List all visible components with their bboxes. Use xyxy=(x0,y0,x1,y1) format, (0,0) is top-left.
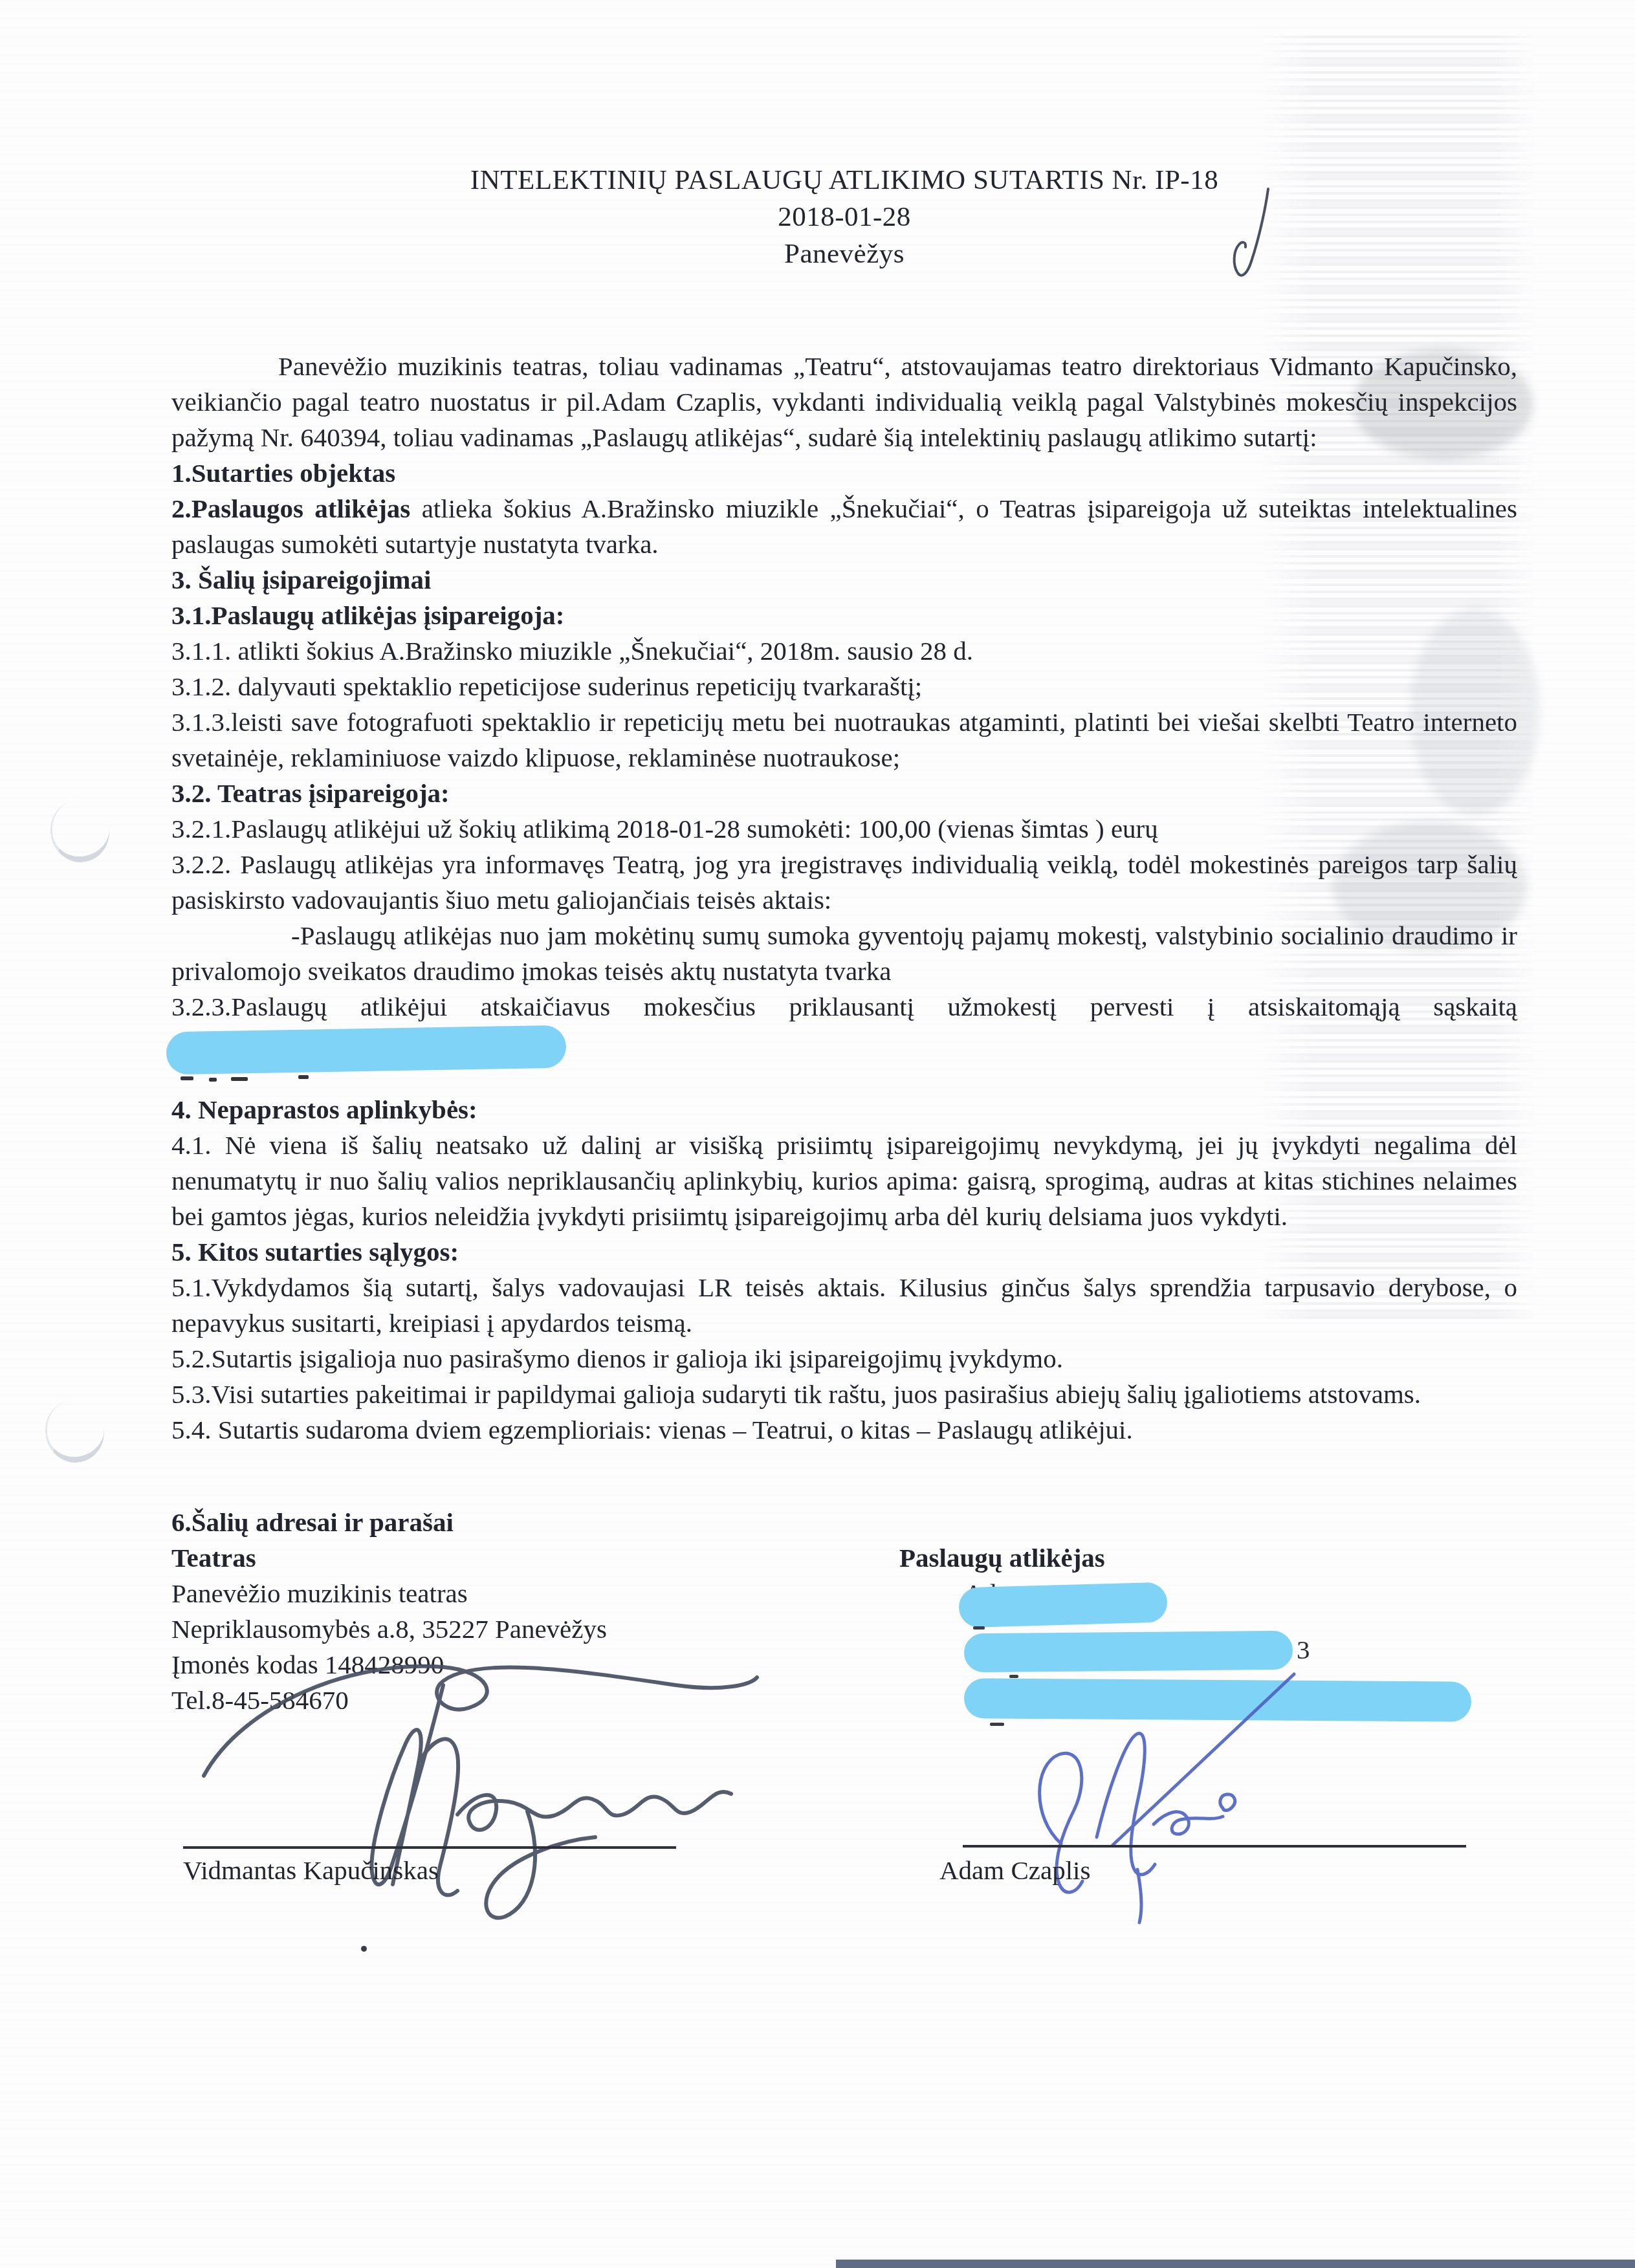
signature-line-performer xyxy=(963,1845,1466,1848)
theatre-name: Panevėžio muzikinis teatras xyxy=(171,1576,899,1611)
contract-paragraph: 1.Sutarties objektas xyxy=(171,455,1517,491)
contract-paragraph: 3.2.1.Paslaugų atlikėjui už šokių atliki… xyxy=(171,811,1517,847)
redacted-text-fragment xyxy=(231,1077,248,1081)
redacted-text-fragment xyxy=(298,1075,309,1079)
contract-title: INTELEKTINIŲ PASLAUGŲ ATLIKIMO SUTARTIS … xyxy=(171,162,1517,199)
contract-paragraph: 3.2. Teatras įsipareigoja: xyxy=(171,776,1517,811)
redacted-account-line xyxy=(171,1027,1517,1092)
contract-paragraph: 3.1.Paslaugų atlikėjas įsipareigoja: xyxy=(171,598,1517,633)
contract-paragraph: -Paslaugų atlikėjas nuo jam mokėtinų sum… xyxy=(171,918,1517,989)
scanned-contract-page: INTELEKTINIŲ PASLAUGŲ ATLIKIMO SUTARTIS … xyxy=(0,0,1635,2268)
redaction-highlight-bar xyxy=(958,1582,1168,1628)
contract-title-block: INTELEKTINIŲ PASLAUGŲ ATLIKIMO SUTARTIS … xyxy=(171,162,1517,272)
scan-edge-strip xyxy=(836,2260,1635,2268)
contract-paragraph: 5.3.Visi sutarties pakeitimai ir papildy… xyxy=(171,1377,1517,1412)
ink-dot xyxy=(361,1946,367,1952)
punch-hole-mark xyxy=(45,795,114,867)
contract-body: Panevėžio muzikinis teatras, toliau vadi… xyxy=(171,349,1517,1448)
signature-performer xyxy=(1000,1656,1368,1928)
theatre-column-header: Teatras xyxy=(171,1540,899,1576)
contract-paragraph: 5.1.Vykdydamos šią sutartį, šalys vadova… xyxy=(171,1270,1517,1341)
contract-paragraph: 3. Šalių įsipareigojimai xyxy=(171,562,1517,598)
redacted-text-fragment xyxy=(181,1076,193,1080)
contract-paragraph: Panevėžio muzikinis teatras, toliau vadi… xyxy=(171,349,1517,455)
contract-paragraph: 5.2.Sutartis įsigalioja nuo pasirašymo d… xyxy=(171,1341,1517,1377)
signatory-name-theatre: Vidmantas Kapučinskas xyxy=(183,1854,439,1886)
signatory-name-performer: Adam Czaplis xyxy=(939,1854,1090,1886)
punch-hole-mark xyxy=(40,1395,109,1467)
theatre-address: Nepriklausomybės a.8, 35227 Panevėžys xyxy=(171,1611,899,1647)
contract-paragraph: 4. Nepaprastos aplinkybės: xyxy=(171,1092,1517,1128)
redacted-text-fragment xyxy=(973,1626,985,1630)
performer-column-header: Paslaugų atlikėjas xyxy=(899,1540,1517,1576)
contract-paragraph: 2.Paslaugos atlikėjas atlieka šokius A.B… xyxy=(171,491,1517,562)
redaction-highlight-bar xyxy=(166,1025,566,1075)
redacted-text-fragment xyxy=(209,1078,217,1082)
contract-paragraph: 4.1. Nė viena iš šalių neatsako už dalin… xyxy=(171,1128,1517,1234)
contract-paragraph: 3.1.1. atlikti šokius A.Bražinsko miuzik… xyxy=(171,633,1517,669)
contract-city: Panevėžys xyxy=(171,235,1517,272)
contract-paragraph: 5.4. Sutartis sudaroma dviem egzempliori… xyxy=(171,1412,1517,1448)
contract-paragraph: 3.1.2. dalyvauti spektaklio repeticijose… xyxy=(171,669,1517,704)
contract-paragraph: 5. Kitos sutarties sąlygos: xyxy=(171,1234,1517,1270)
signature-line-theatre xyxy=(183,1846,676,1849)
contract-paragraph: 3.2.3.Paslaugų atlikėjui atskaičiavus mo… xyxy=(171,989,1517,1025)
contract-content: INTELEKTINIŲ PASLAUGŲ ATLIKIMO SUTARTIS … xyxy=(171,162,1517,1718)
addresses-heading: 6.Šalių adresai ir parašai xyxy=(171,1505,1517,1540)
contract-paragraph: 3.2.2. Paslaugų atlikėjas yra informavęs… xyxy=(171,847,1517,918)
contract-date: 2018-01-28 xyxy=(171,199,1517,235)
contract-paragraph: 3.1.3.leisti save fotografuoti spektakli… xyxy=(171,704,1517,776)
